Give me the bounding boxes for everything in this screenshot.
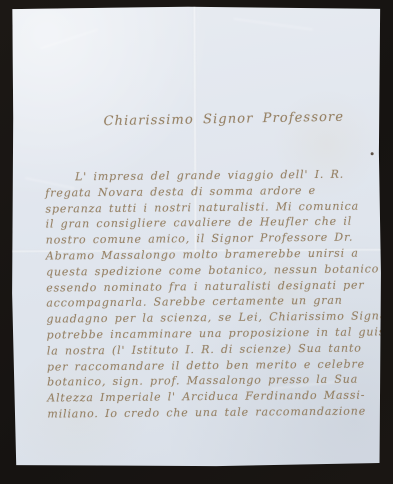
letter-body: L' impresa del grande viaggio dell' I. R…: [45, 166, 384, 422]
letter-line-16: miliano. Io credo che una tale raccomand…: [47, 403, 384, 422]
ink-speck: [371, 152, 374, 155]
letter-line-1: L' impresa del grande viaggio dell' I. R…: [45, 166, 384, 185]
letter-paper: Chiarissimo Signor Professore L' impresa…: [9, 5, 384, 469]
photo-background: Chiarissimo Signor Professore L' impresa…: [0, 0, 393, 484]
paper-wrinkle: [233, 19, 312, 31]
paper-wrinkle: [40, 30, 97, 50]
letter-salutation: Chiarissimo Signor Professore: [103, 110, 344, 129]
